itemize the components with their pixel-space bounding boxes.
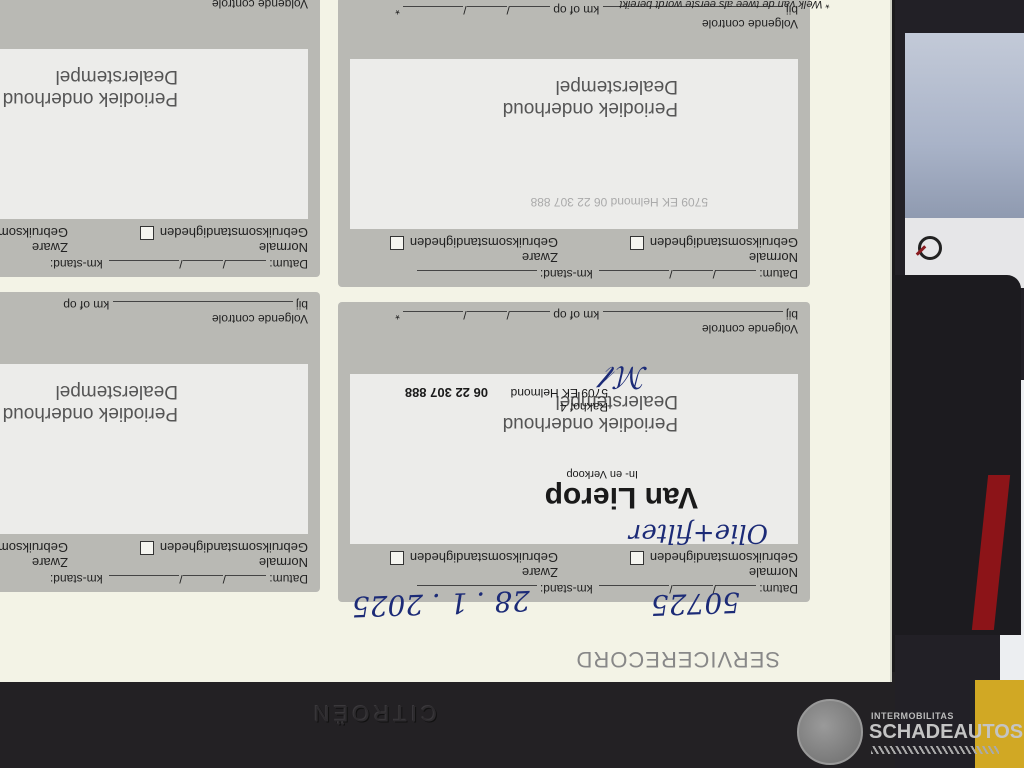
km-of-op-label: km of op — [553, 3, 599, 17]
datum-label: Datum: — [269, 572, 308, 586]
periodic-maintenance-label: Periodiek onderhoudDealerstempel — [503, 75, 678, 119]
normale-label: Normale — [259, 240, 308, 255]
date-line[interactable] — [467, 6, 507, 17]
datum-label: Datum: — [759, 267, 798, 281]
watermark-top-line: INTERMOBILITAS — [871, 711, 954, 721]
gebruik-label: Gebruiksomstandigheden — [160, 540, 308, 555]
gebruik-label: Gebruiksomstandigheden — [0, 225, 68, 240]
date-line[interactable] — [673, 270, 713, 281]
normale-label: Normale — [749, 250, 798, 265]
dealer-stamp-area: Periodiek onderhoudDealerstempel Van Lie… — [350, 374, 798, 544]
date-line[interactable] — [599, 270, 669, 281]
usage-row: Normale Gebruiksomstandigheden ZwareGebr… — [140, 540, 308, 570]
normale-label: Normale — [749, 565, 798, 580]
volgende-label: Volgende controle — [212, 0, 308, 11]
watermark: INTERMOBILITAS SCHADEAUTOS.NL — [797, 699, 1024, 767]
normale-label: Normale — [259, 555, 308, 570]
date-line[interactable] — [226, 575, 266, 586]
page-content-rotated: SERVICERECORD Datum: // km-stand: Normal… — [0, 0, 890, 682]
dealer-phone: 06 22 307 888 — [405, 385, 488, 400]
normal-usage-checkbox[interactable] — [630, 551, 644, 565]
gebruik-label: Gebruiksomstandigheden — [410, 235, 558, 250]
zware-label: Zware — [32, 240, 68, 255]
service-record-page: SERVICERECORD Datum: // km-stand: Normal… — [0, 0, 890, 682]
dealer-stamp-area: Periodiek onderhoudDealerstempel — [0, 49, 308, 219]
date-line[interactable] — [109, 260, 179, 271]
signature: ℳ𝓁 — [606, 359, 648, 394]
cover-brand: CITROËN — [310, 700, 437, 726]
service-entry-card: Datum: // km-stand: Normale Gebruiksomst… — [338, 302, 810, 602]
watermark-stripe — [871, 746, 999, 754]
footnote: * Welk van de twee als eerste wordt bere… — [619, 0, 830, 10]
handwritten-km: 50725 — [650, 585, 740, 621]
gebruik-label: Gebruiksomstandigheden — [650, 235, 798, 250]
normal-usage-checkbox[interactable] — [630, 236, 644, 250]
zware-label: Zware — [522, 565, 558, 580]
km-stand-label: km-stand: — [540, 267, 593, 281]
dealer-subtitle: In- en Verkoop — [545, 468, 638, 480]
date-line[interactable] — [716, 270, 756, 281]
service-entry-card: Datum: // km-stand: Normale Gebruiksomst… — [0, 0, 320, 277]
km-stand-label: km-stand: — [540, 582, 593, 596]
date-line[interactable] — [510, 311, 550, 322]
usage-row: Normale Gebruiksomstandigheden ZwareGebr… — [630, 235, 798, 265]
periodic-maintenance-label: Periodiek onderhoudDealerstempel — [3, 380, 178, 424]
date-row: Datum: // km-stand: — [50, 572, 308, 586]
km-of-op-label: km of op — [553, 308, 599, 322]
normal-usage-checkbox[interactable] — [140, 226, 154, 240]
usage-row: Normale Gebruiksomstandigheden ZwareGebr… — [140, 225, 308, 255]
gebruik-label: Gebruiksomstandigheden — [650, 550, 798, 565]
km-line[interactable] — [603, 311, 783, 322]
datum-label: Datum: — [269, 257, 308, 271]
date-line[interactable] — [109, 575, 179, 586]
heavy-usage-checkbox[interactable] — [390, 551, 404, 565]
dealer-stamp: Van Lierop In- en Verkoop — [545, 468, 698, 514]
gebruik-label: Gebruiksomstandigheden — [410, 550, 558, 565]
power-icon — [918, 236, 942, 260]
km-of-op-label: km of op — [63, 298, 109, 312]
periodic-maintenance-label: Periodiek onderhoudDealerstempel — [3, 65, 178, 109]
gebruik-label: Gebruiksomstandigheden — [160, 225, 308, 240]
volgende-label: Volgende controle — [702, 322, 798, 336]
dealer-name: Van Lierop — [545, 480, 698, 514]
usage-row: Normale Gebruiksomstandigheden ZwareGebr… — [630, 550, 798, 580]
service-entry-card: Datum: // km-stand: Normale Gebruiksomst… — [338, 0, 810, 287]
date-line[interactable] — [510, 6, 550, 17]
normal-usage-checkbox[interactable] — [140, 541, 154, 555]
volgende-label: Volgende controle — [212, 312, 308, 326]
gebruik-label: Gebruiksomstandigheden — [0, 540, 68, 555]
km-stand-label: km-stand: — [50, 572, 103, 586]
date-row: Datum: // km-stand: — [50, 257, 308, 271]
blue-card — [905, 33, 1024, 218]
date-line[interactable] — [403, 311, 463, 322]
faded-stamp: 5709 EK Helmond 06 22 307 888 — [531, 195, 708, 209]
zware-label: Zware — [32, 555, 68, 570]
date-row: Datum: // km-stand: — [417, 267, 798, 281]
bij-label: bij — [786, 308, 798, 322]
watermark-main: SCHADEAUTOS.NL — [869, 721, 1024, 744]
datum-label: Datum: — [759, 582, 798, 596]
date-line[interactable] — [183, 260, 223, 271]
handwritten-note: Olie+filter — [629, 518, 768, 548]
date-line[interactable] — [403, 6, 463, 17]
date-line[interactable] — [183, 575, 223, 586]
globe-icon — [797, 699, 863, 765]
dealer-city: 5709 EK Helmond — [511, 386, 608, 400]
next-service-row: Volgende controle bij km of op — [63, 298, 308, 326]
km-line[interactable] — [417, 270, 537, 281]
date-line[interactable] — [467, 311, 507, 322]
dealer-stamp-area: Periodiek onderhoudDealerstempel 5709 EK… — [350, 59, 798, 229]
bij-label: bij — [296, 298, 308, 312]
volgende-label: Volgende controle — [702, 17, 798, 31]
next-service-row: Volgende controle bij km of op // * — [395, 308, 798, 336]
dealer-address: Rakhof 4 5709 EK Helmond — [511, 386, 608, 414]
page-title: SERVICERECORD — [575, 646, 780, 672]
service-entry-card: Datum: // km-stand: Normale Gebruiksomst… — [0, 292, 320, 592]
dealer-street: Rakhof 4 — [560, 400, 608, 414]
km-line[interactable] — [113, 301, 293, 312]
next-service-row: Volgende controle bij — [212, 0, 308, 11]
dealer-stamp-area: Periodiek onderhoudDealerstempel — [0, 364, 308, 534]
zware-label: Zware — [522, 250, 558, 265]
km-stand-label: km-stand: — [50, 257, 103, 271]
dark-pouch — [893, 275, 1021, 635]
date-line[interactable] — [226, 260, 266, 271]
handwritten-date: 28 . 1 . 2025 — [351, 584, 530, 623]
heavy-usage-checkbox[interactable] — [390, 236, 404, 250]
